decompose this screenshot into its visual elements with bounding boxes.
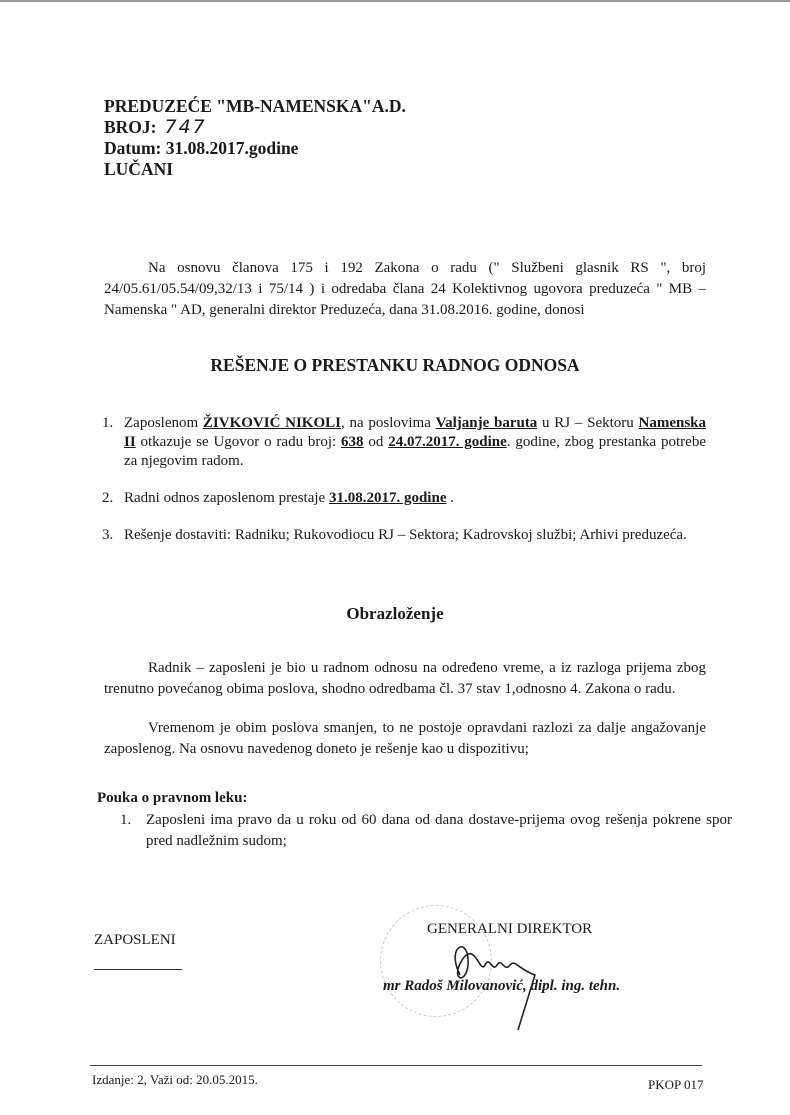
document-number: BROJ:747 <box>104 117 406 138</box>
decision-item: 1. Zaposlenom ŽIVKOVIĆ NIKOLI, na poslov… <box>94 414 706 471</box>
company-name: PREDUZEĆE "MB-NAMENSKA"A.D. <box>104 96 406 117</box>
handwritten-number: 747 <box>165 116 207 138</box>
footer-divider <box>90 1065 702 1066</box>
employee-name: ŽIVKOVIĆ NIKOLI <box>203 415 341 431</box>
contract-number: 638 <box>341 434 364 450</box>
document-title: REŠENJE O PRESTANKU RADNOG ODNOSA <box>0 355 790 376</box>
document-place: LUČANI <box>104 159 406 180</box>
footer-edition: Izdanje: 2, Važi od: 20.05.2015. <box>92 1072 258 1088</box>
legal-remedy-heading: Pouka o pravnom leku: <box>97 790 247 807</box>
reasoning-paragraph: Radnik – zaposleni je bio u radnom odnos… <box>104 658 706 700</box>
decision-item: 3. Rešenje dostaviti: Radniku; Rukovodio… <box>94 526 706 545</box>
decision-items: 1. Zaposlenom ŽIVKOVIĆ NIKOLI, na poslov… <box>94 414 706 563</box>
document-header: PREDUZEĆE "MB-NAMENSKA"A.D. BROJ:747 Dat… <box>104 96 406 180</box>
intro-paragraph: Na osnovu članova 175 i 192 Zakona o rad… <box>104 258 706 321</box>
legal-remedy-item: 1. Zaposleni ima pravo da u roku od 60 d… <box>120 810 732 852</box>
contract-date: 24.07.2017. godine <box>388 434 507 450</box>
decision-item: 2. Radni odnos zaposlenom prestaje 31.08… <box>94 489 706 508</box>
reasoning-paragraph: Vremenom je obim poslova smanjen, to ne … <box>104 718 706 760</box>
employee-signature-label: ZAPOSLENI <box>94 932 176 949</box>
footer-form-code: PKOP 017 <box>648 1077 704 1093</box>
director-name: mr Radoš Milovanović, dipl. ing. tehn. <box>383 978 620 995</box>
employee-signature-line <box>94 969 182 970</box>
scan-edge-line <box>0 0 790 2</box>
document-date: Datum: 31.08.2017.godine <box>104 138 406 159</box>
end-date: 31.08.2017. godine <box>329 490 447 506</box>
job-position: Valjanje baruta <box>436 415 538 431</box>
reasoning-heading: Obrazloženje <box>0 604 790 624</box>
